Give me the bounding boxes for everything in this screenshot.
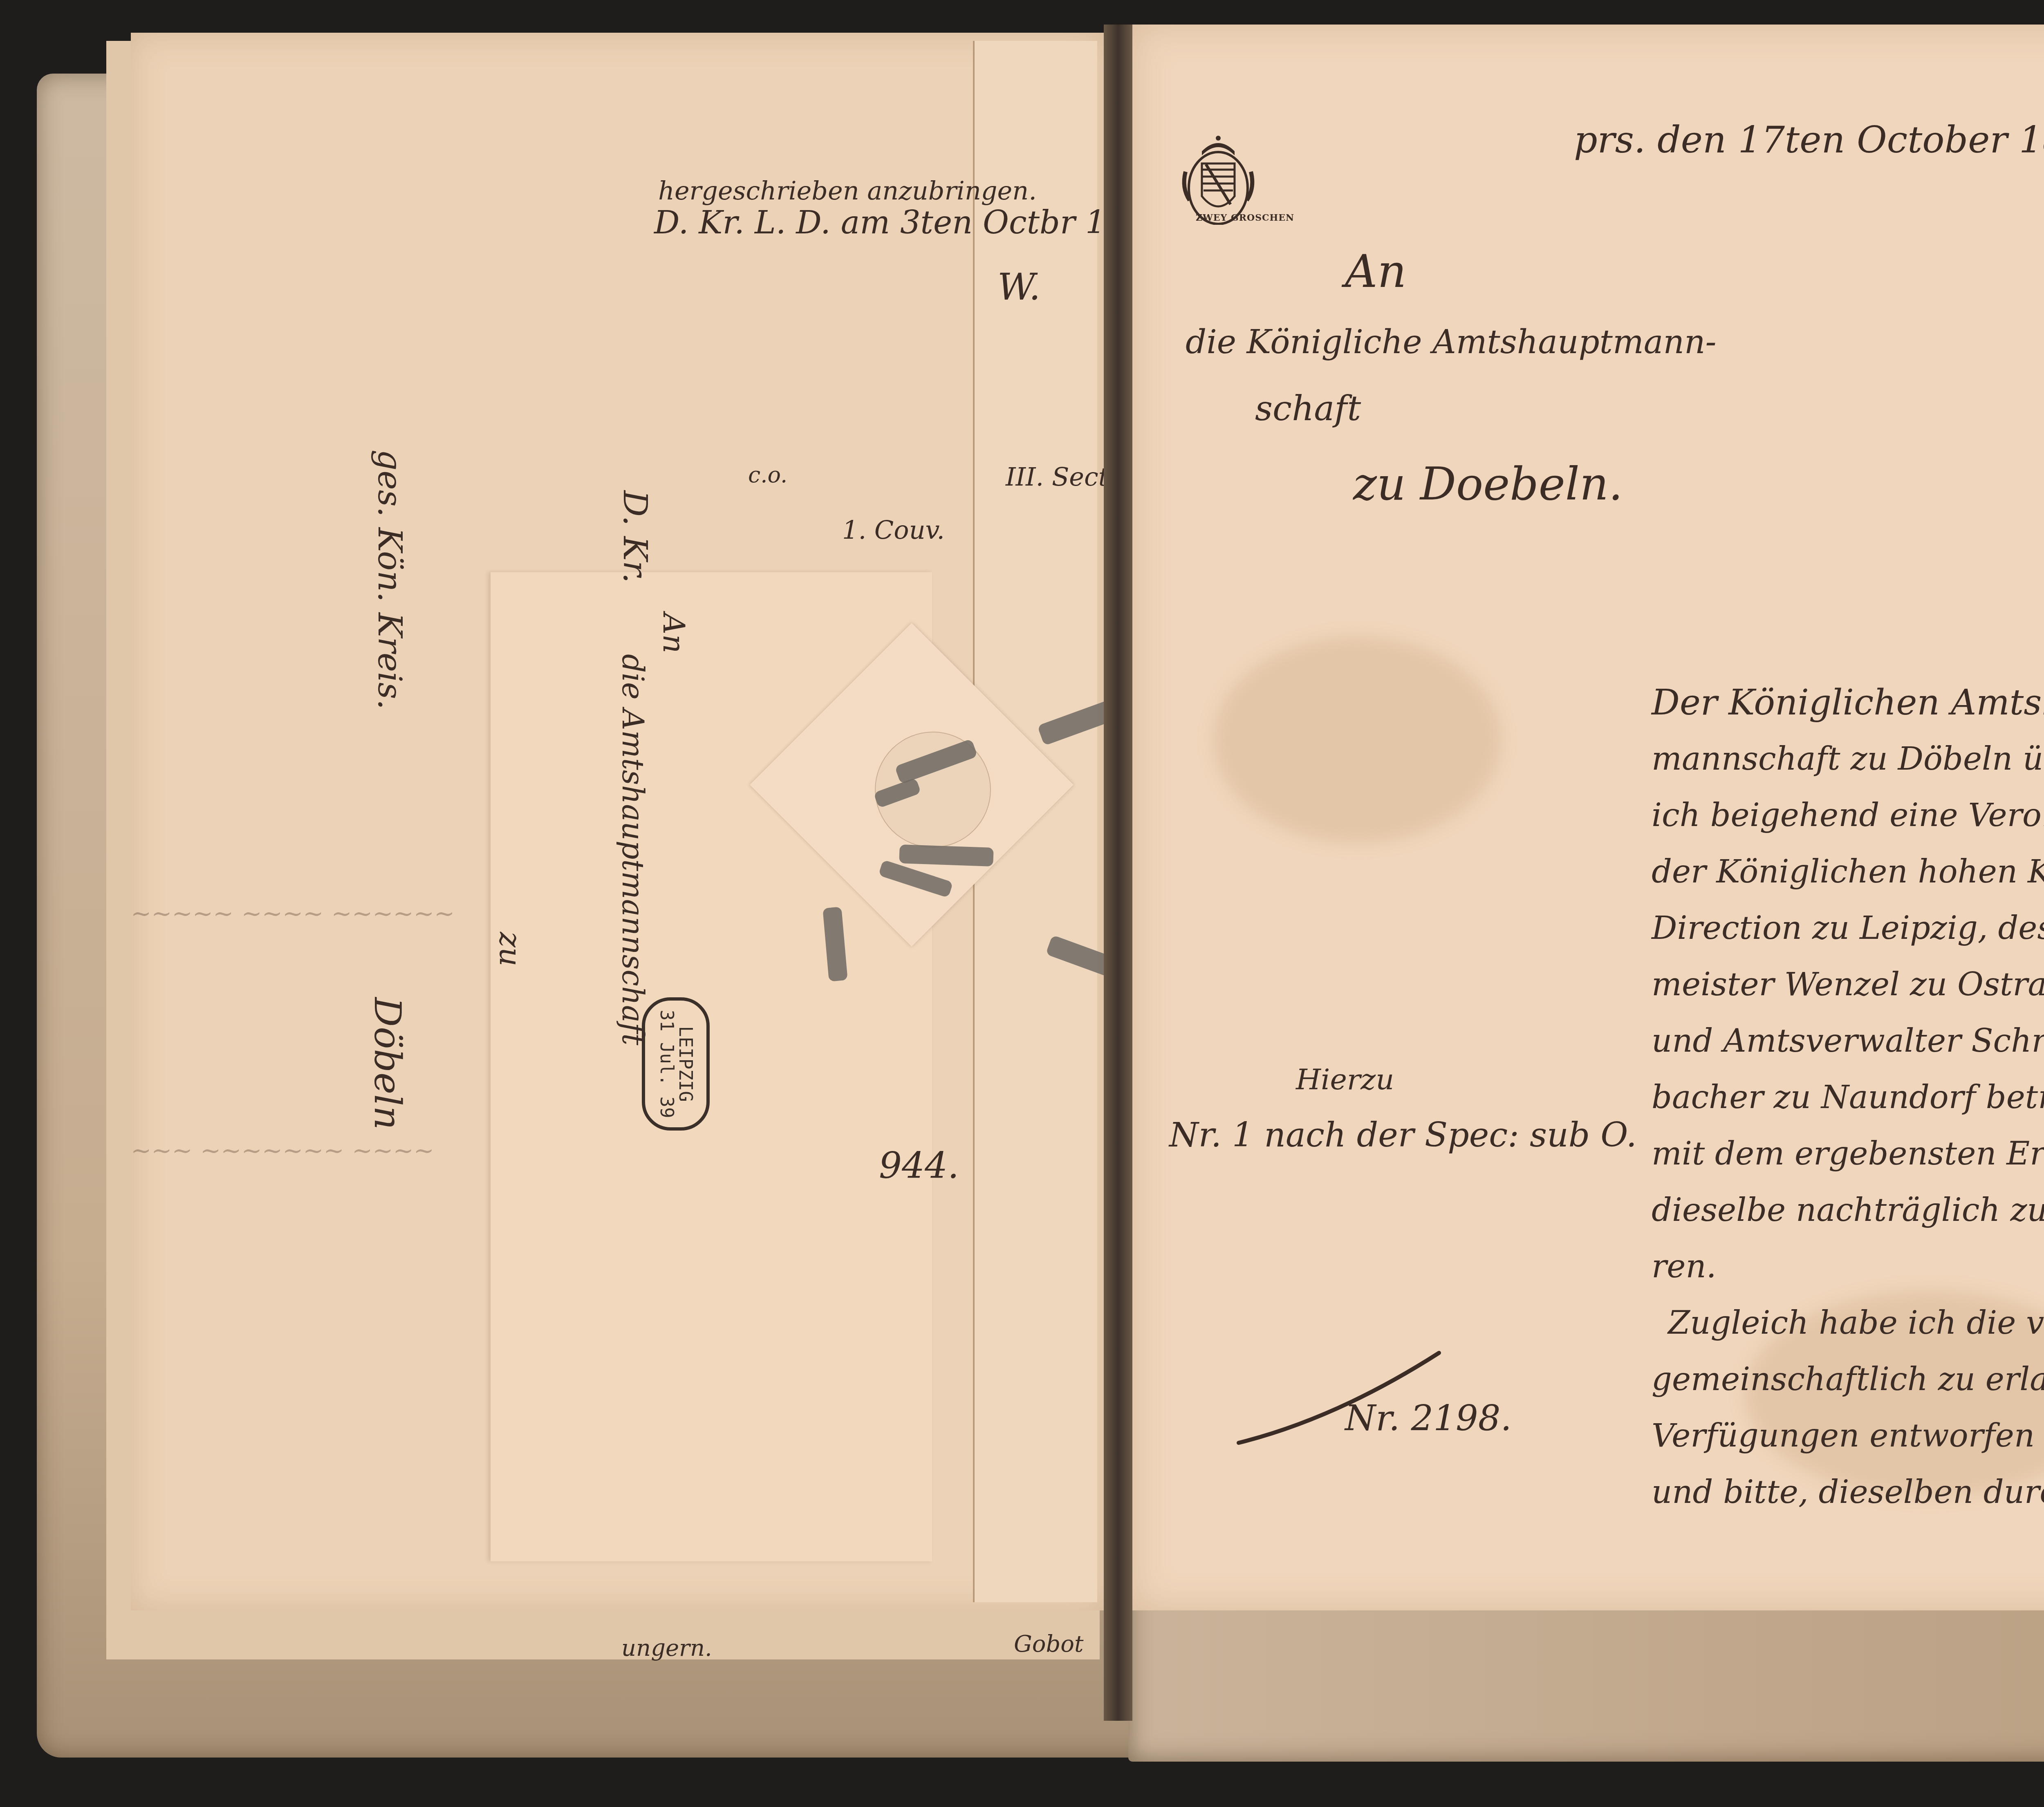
book-spine — [1104, 25, 1132, 1721]
body-line: meister Wenzel zu Ostrau — [1652, 956, 2044, 1013]
file-number: Nr. 2198. — [1345, 1398, 1512, 1439]
body-line: und Amtsverwalter Schrecken- — [1652, 1013, 2044, 1069]
leipzig-postmark: LEIPZIG 31 Jul. 39 — [642, 997, 710, 1131]
body-line: dieselbe nachträglich zu insinui- — [1652, 1182, 2044, 1238]
bleed-through-text: ~~~ ~~~~~~~ ~~~~ — [131, 1136, 434, 1165]
sender-line1: ges. Kön. Kreis. — [371, 450, 409, 710]
initial-mark: W. — [997, 266, 1040, 309]
body-line: mit dem ergebensten Ersuchen — [1652, 1126, 2044, 1182]
cover-address-line1: An — [657, 613, 691, 653]
bottom-note-left: ungern. — [621, 1635, 712, 1661]
revenue-stamp-text: ZWEY GROSCHEN — [1196, 213, 1294, 223]
body-line: Direction zu Leipzig, des Bürger- — [1652, 900, 2044, 956]
address-line1: die Königliche Amtshauptmann- — [1186, 323, 1717, 361]
marking-co: c.o. — [748, 462, 787, 488]
sender-line2: D. Kr. — [616, 490, 654, 583]
cover-address-line2: die Amtshauptmannschaft — [616, 654, 650, 1046]
cover-address-line3: zu — [493, 932, 527, 966]
body-line: Der Königlichen Amtshaupt- — [1652, 674, 2044, 731]
body-line: Verfügungen entworfen lassen — [1652, 1408, 2044, 1464]
water-stain — [1214, 638, 1500, 842]
docket-note-line2: D. Kr. L. D. am 3ten Octbr 1839. — [654, 204, 1177, 241]
body-line: bacher zu Naundorf betreffend, — [1652, 1069, 2044, 1126]
enclosure-note-line2: Nr. 1 nach der Spec: sub O. — [1169, 1116, 1637, 1155]
revenue-stamp-coat-of-arms-icon — [1177, 127, 1259, 225]
body-line: mannschaft zu Döbeln übersende — [1652, 731, 2044, 787]
address-line2: schaft — [1255, 388, 1361, 428]
body-line: und bitte, dieselben durchzu- — [1652, 1464, 2044, 1520]
docket-note-line1: hergeschrieben anzubringen. — [658, 176, 1037, 206]
postmark-date: 31 Jul. 39 — [657, 1010, 676, 1118]
marking-section: III. Sect. — [1006, 462, 1116, 492]
body-line: der Königlichen hohen Kreis- — [1652, 844, 2044, 900]
letter-body: Der Königlichen Amtshaupt- mannschaft zu… — [1652, 674, 2044, 1520]
body-line: ich beigehend eine Verordnung — [1652, 787, 2044, 844]
registry-number: 944. — [879, 1144, 959, 1187]
marking-copies: 1. Couv. — [842, 515, 945, 545]
body-line: Zugleich habe ich die von und — [1652, 1295, 2044, 1351]
address-line3: zu Doebeln. — [1353, 458, 1623, 510]
bleed-through-text: ~~~~~ ~~~~ ~~~~~~ — [131, 899, 540, 928]
cover-address-line4: Döbeln — [366, 997, 409, 1130]
body-line: gemeinschaftlich zu erlassenden — [1652, 1351, 2044, 1408]
postmark-city: LEIPZIG — [676, 1010, 695, 1118]
address-salutation: An — [1345, 245, 1406, 298]
received-note: prs. den 17ten October 1839. — [1574, 119, 2044, 161]
wax-residue — [899, 844, 993, 867]
body-line: ren. — [1652, 1238, 2044, 1295]
bottom-note-right: Gobot — [1014, 1631, 1084, 1657]
enclosure-note-line1: Hierzu — [1296, 1063, 1394, 1096]
